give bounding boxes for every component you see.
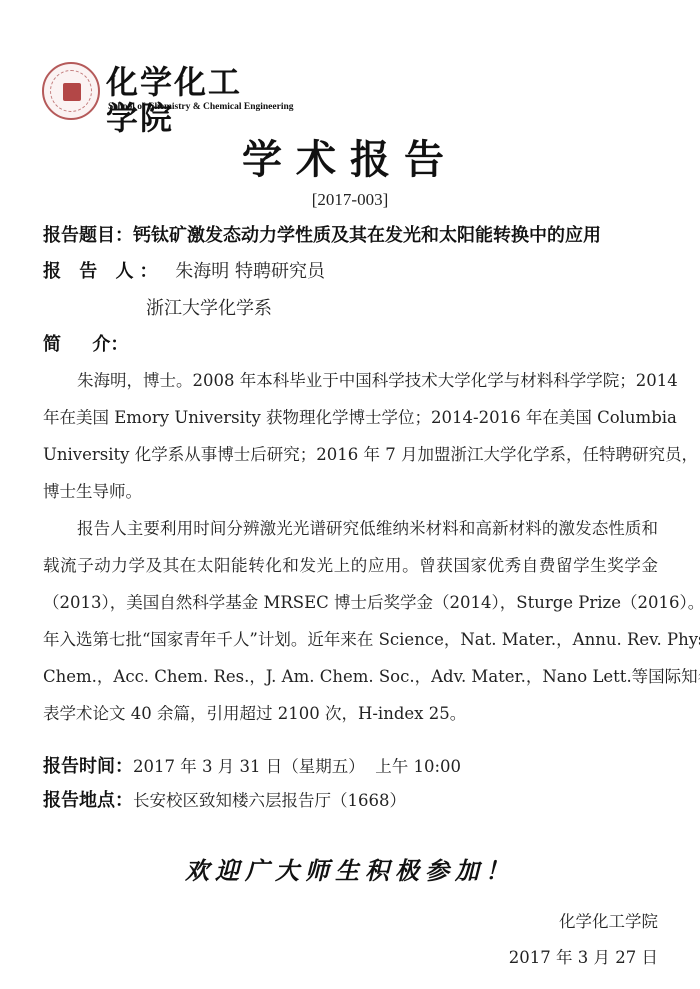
time-row: 报告时间：2017 年 3 月 31 日（星期五） 上午 10:00 <box>43 755 461 779</box>
document-number: [2017-003] <box>0 190 700 210</box>
signature-org: 化学化工学院 <box>559 908 658 932</box>
text-line: 博士生导师。 <box>43 473 658 510</box>
speaker-value: 朱海明 特聘研究员 <box>175 261 325 282</box>
topic-value: 钙钛矿激发态动力学性质及其在发光和太阳能转换中的应用 <box>133 225 601 246</box>
text-line: （2013），美国自然科学基金 MRSEC 博士后奖学金（2014），Sturg… <box>43 584 658 621</box>
welcome-message: 欢迎广大师生积极参加！ <box>0 851 700 886</box>
page-title: 学术报告 <box>0 128 700 185</box>
intro-label: 简 介： <box>43 334 128 355</box>
text-line: 载流子动力学及其在太阳能转化和发光上的应用。曾获国家优秀自费留学生奖学金 <box>43 547 658 584</box>
logo-name-cn: 化学化工学院 <box>106 64 272 136</box>
text-line: University 化学系从事博士后研究；2016 年 7 月加盟浙江大学化学… <box>43 436 658 473</box>
text-line: 表学术论文 40 余篇，引用超过 2100 次，H-index 25。 <box>43 695 658 732</box>
intro-paragraph-2: 报告人主要利用时间分辨激光光谱研究低维纳米材料和高新材料的激发态性质和 载流子动… <box>43 510 658 732</box>
affiliation-value: 浙江大学化学系 <box>146 298 272 319</box>
text-line: 报告人主要利用时间分辨激光光谱研究低维纳米材料和高新材料的激发态性质和 <box>43 510 658 547</box>
time-label: 报告时间： <box>43 756 133 777</box>
affiliation-row: 浙江大学化学系 <box>146 297 272 321</box>
place-label: 报告地点： <box>43 790 133 811</box>
topic-row: 报告题目：钙钛矿激发态动力学性质及其在发光和太阳能转换中的应用 <box>43 224 601 248</box>
speaker-label: 报 告 人： <box>43 261 164 282</box>
topic-label: 报告题目： <box>43 225 133 246</box>
text-line: 朱海明，博士。2008 年本科毕业于中国科学技术大学化学与材料科学学院；2014 <box>43 362 658 399</box>
speaker-row: 报 告 人： 朱海明 特聘研究员 <box>43 260 325 284</box>
text-line: 年在美国 Emory University 获物理化学博士学位；2014-201… <box>43 399 658 436</box>
intro-heading-row: 简 介： <box>43 333 128 357</box>
time-value: 2017 年 3 月 31 日（星期五） 上午 10:00 <box>133 757 461 776</box>
place-row: 报告地点：长安校区致知楼六层报告厅（1668） <box>43 789 406 813</box>
school-logo: 化学化工学院 School of Chemistry & Chemical En… <box>42 62 272 122</box>
place-value: 长安校区致知楼六层报告厅（1668） <box>133 791 406 810</box>
school-seal-icon <box>42 62 100 120</box>
text-line: Chem.，Acc. Chem. Res.，J. Am. Chem. Soc.，… <box>43 658 658 695</box>
intro-paragraph-1: 朱海明，博士。2008 年本科毕业于中国科学技术大学化学与材料科学学院；2014… <box>43 362 658 510</box>
text-line: 年入选第七批“国家青年千人”计划。近年来在 Science，Nat. Mater… <box>43 621 658 658</box>
logo-name-en: School of Chemistry & Chemical Engineeri… <box>108 102 294 112</box>
signature-date: 2017 年 3 月 27 日 <box>509 944 658 968</box>
